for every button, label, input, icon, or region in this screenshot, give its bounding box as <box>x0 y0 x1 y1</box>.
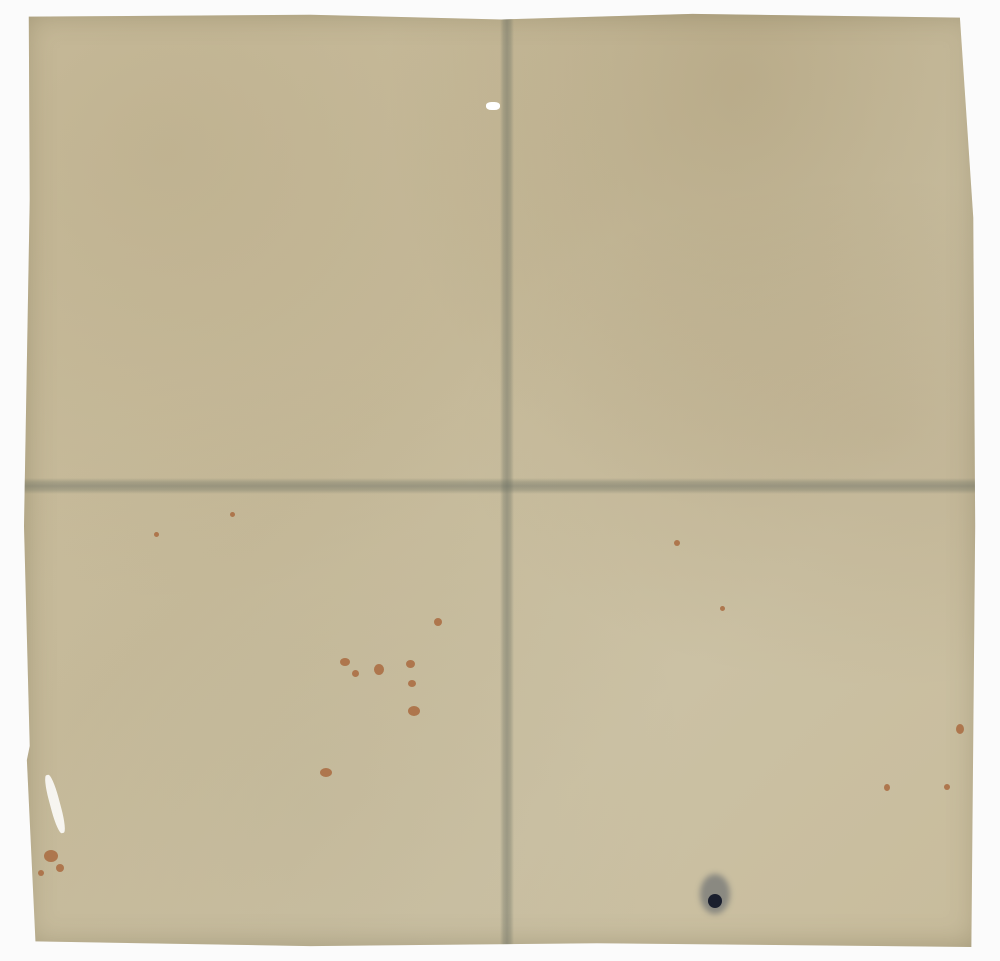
foxing-spot <box>320 768 332 777</box>
horizontal-fold-line <box>24 478 979 494</box>
foxing-spot <box>38 870 44 876</box>
foxing-spot <box>56 864 64 872</box>
foxing-spot <box>44 850 58 862</box>
foxing-spot <box>406 660 415 668</box>
foxing-spot <box>720 606 725 611</box>
foxing-spot <box>340 658 350 666</box>
aged-paper-sheet <box>24 12 979 947</box>
foxing-spot <box>944 784 950 790</box>
foxing-spot <box>956 724 964 734</box>
ink-blot <box>708 894 722 908</box>
foxing-spot <box>154 532 159 537</box>
foxing-spot <box>230 512 235 517</box>
foxing-spot <box>408 706 420 716</box>
paper-hole <box>486 102 500 110</box>
foxing-spot <box>408 680 416 687</box>
foxing-spot <box>884 784 890 791</box>
foxing-spot <box>434 618 442 626</box>
paper-tear <box>42 774 67 835</box>
foxing-spot <box>674 540 680 546</box>
foxing-spot <box>352 670 359 677</box>
foxing-spot <box>374 664 384 675</box>
